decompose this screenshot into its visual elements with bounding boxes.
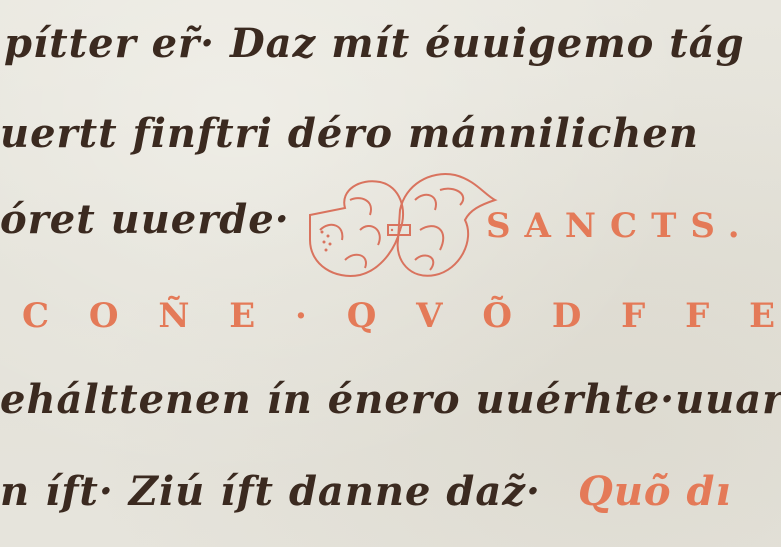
text-line-1: pítter er̃· Daz mít éuuigemo tág xyxy=(4,20,745,67)
rubric-inline: Quõ dı xyxy=(578,468,732,515)
rubric-line: C O Ñ E · Q V Õ D F F E C I T xyxy=(22,296,781,336)
decorated-initial-foliate-icon xyxy=(300,170,500,290)
manuscript-page: pítter er̃· Daz mít éuuigemo tág uertt f… xyxy=(0,0,781,547)
rubric-heading: SANCTS. xyxy=(486,206,754,246)
text-line-3: óret uuerde· xyxy=(0,196,290,243)
text-line-5: ehálttenen ín énero uuérhte·uuar xyxy=(0,376,781,423)
text-line-6: n íft· Ziú íft danne daz̃· xyxy=(0,468,541,515)
text-line-2: uertt finftri déro mánnilichen xyxy=(0,110,699,157)
